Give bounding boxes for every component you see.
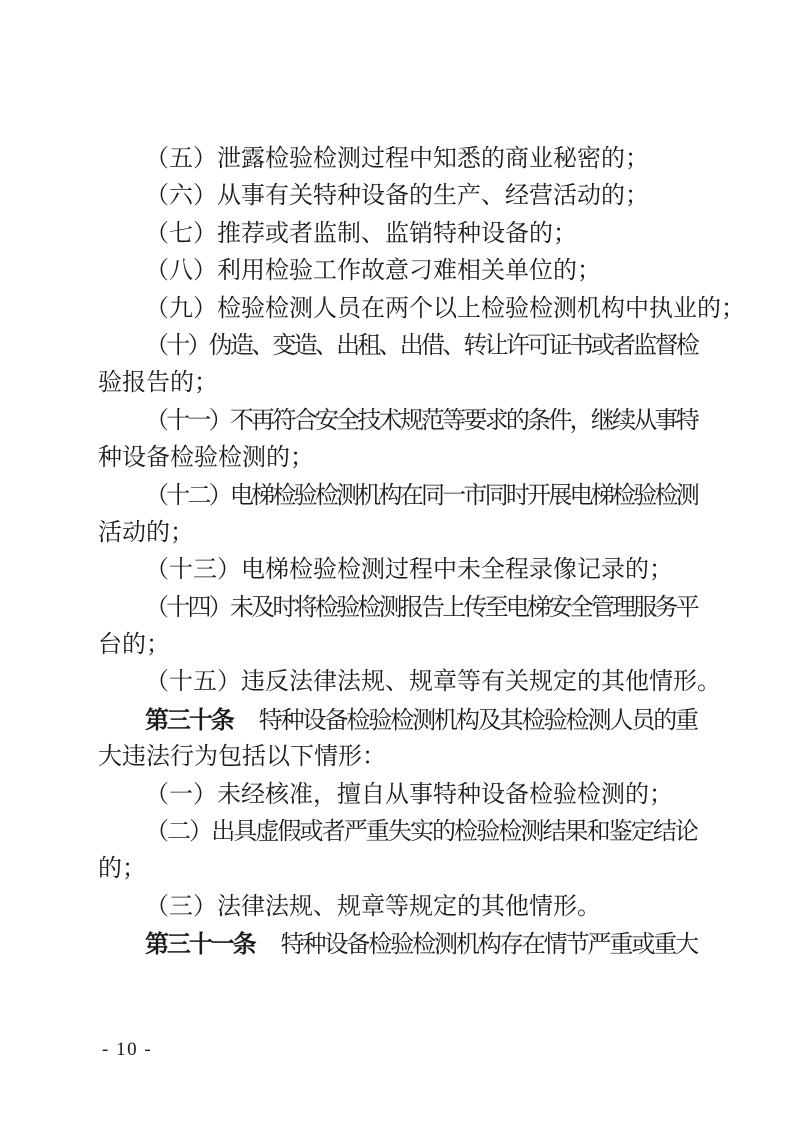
line-text: （十一）不再符合安全技术规范等要求的条件，继续从事特 [145, 408, 697, 434]
document-line: （八）利用检验工作故意刁难相关单位的； [98, 253, 697, 290]
document-line: 种设备检验检测的； [98, 440, 697, 477]
line-text: （十五）违反法律法规、规章等有关规定的其他情形。 [145, 669, 721, 695]
page-number: - 10 - [102, 1038, 152, 1062]
line-text: 活动的； [98, 520, 194, 546]
document-body: （五）泄露检验检测过程中知悉的商业秘密的；（六）从事有关特种设备的生产、经营活动… [98, 141, 697, 964]
line-text: （三）法律法规、规章等规定的其他情形。 [145, 894, 601, 920]
document-line: （五）泄露检验检测过程中知悉的商业秘密的； [98, 141, 697, 178]
document-line: （二）出具虚假或者严重失实的检验检测结果和鉴定结论 [98, 814, 697, 851]
line-text: （九）检验检测人员在两个以上检验检测机构中执业的； [145, 296, 745, 322]
document-page: （五）泄露检验检测过程中知悉的商业秘密的；（六）从事有关特种设备的生产、经营活动… [0, 0, 793, 1122]
document-line: （十四）未及时将检验检测报告上传至电梯安全管理服务平 [98, 590, 697, 627]
line-text: 大违法行为包括以下情形： [98, 744, 386, 770]
document-line: （十五）违反法律法规、规章等有关规定的其他情形。 [98, 664, 697, 701]
document-line: 第三十一条特种设备检验检测机构存在情节严重或重大 [98, 926, 697, 963]
document-line: （七）推荐或者监制、监销特种设备的； [98, 216, 697, 253]
line-text: 特种设备检验检测机构及其检验检测人员的重 [259, 708, 697, 734]
line-text: （五）泄露检验检测过程中知悉的商业秘密的； [145, 146, 649, 172]
line-text: （六）从事有关特种设备的生产、经营活动的； [145, 183, 649, 209]
document-line: （十一）不再符合安全技术规范等要求的条件，继续从事特 [98, 403, 697, 440]
line-text: （十）伪造、变造、出租、出借、转让许可证书或者监督检 [145, 333, 697, 359]
document-line: （一）未经核准，擅自从事特种设备检验检测的； [98, 777, 697, 814]
document-line: 的； [98, 851, 697, 888]
document-line: （十）伪造、变造、出租、出借、转让许可证书或者监督检 [98, 328, 697, 365]
document-line: 大违法行为包括以下情形： [98, 739, 697, 776]
line-text: 种设备检验检测的； [98, 445, 314, 471]
document-line: 台的； [98, 627, 697, 664]
line-text: （十三）电梯检验检测过程中未全程录像记录的； [145, 557, 673, 583]
line-text: （一）未经核准，擅自从事特种设备检验检测的； [145, 782, 673, 808]
line-text: （二）出具虚假或者严重失实的检验检测结果和鉴定结论 [145, 819, 697, 845]
document-line: （十三）电梯检验检测过程中未全程录像记录的； [98, 552, 697, 589]
line-text: 验报告的； [98, 370, 218, 396]
line-text: （十四）未及时将检验检测报告上传至电梯安全管理服务平 [145, 595, 697, 621]
article-number: 第三十条 [145, 707, 233, 734]
line-text: 特种设备检验检测机构存在情节严重或重大 [281, 932, 697, 958]
document-line: 活动的； [98, 515, 697, 552]
line-text: （十二）电梯检验检测机构在同一市同时开展电梯检验检测 [145, 483, 697, 509]
document-line: （十二）电梯检验检测机构在同一市同时开展电梯检验检测 [98, 478, 697, 515]
line-text: 的； [98, 856, 146, 882]
document-line: 验报告的； [98, 365, 697, 402]
line-text: （八）利用检验工作故意刁难相关单位的； [145, 258, 601, 284]
article-number: 第三十一条 [145, 931, 255, 958]
document-line: （九）检验检测人员在两个以上检验检测机构中执业的； [98, 291, 697, 328]
document-line: （六）从事有关特种设备的生产、经营活动的； [98, 178, 697, 215]
document-line: （三）法律法规、规章等规定的其他情形。 [98, 889, 697, 926]
line-text: 台的； [98, 632, 170, 658]
document-line: 第三十条特种设备检验检测机构及其检验检测人员的重 [98, 702, 697, 739]
line-text: （七）推荐或者监制、监销特种设备的； [145, 221, 577, 247]
